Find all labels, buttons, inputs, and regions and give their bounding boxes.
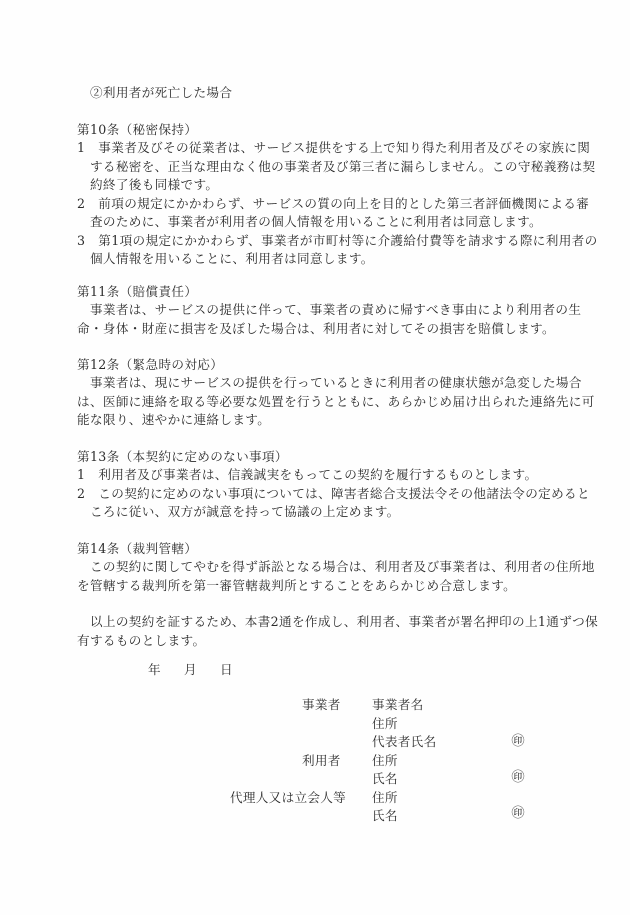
date-month-label: 月	[184, 661, 197, 680]
user-address-label: 住所	[372, 752, 398, 771]
agent-role-label: 代理人又は立会人等	[230, 789, 346, 808]
article-14-line: を管轄する裁判所を第一審管轄裁判所とすることをあらかじめ合意します。	[77, 577, 516, 596]
article-10-heading: 第10条（秘密保持）	[77, 121, 197, 140]
article-12-line: 能な限り、速やかに連絡します。	[77, 411, 270, 430]
business-role-label: 事業者	[302, 696, 341, 715]
user-name-label: 氏名	[372, 770, 398, 789]
article-10-line: 2 前項の規定にかかわらず、サービスの質の向上を目的とした第三者評価機関による審	[77, 195, 589, 214]
article-13-heading: 第13条（本契約に定めのない事項）	[77, 448, 288, 467]
article-10-line: 1 事業者及びその従業者は、サービス提供をする上で知り得た利用者及びその家族に関	[77, 139, 590, 158]
article-14-heading: 第14条（裁判管轄）	[77, 540, 197, 559]
article-10-line: 3 第1項の規定にかかわらず、事業者が市町村等に介護給付費等を請求する際に利用者…	[77, 232, 598, 251]
article-13-line: 1 利用者及び事業者は、信義誠実をもってこの契約を履行するものとします。	[77, 466, 537, 485]
article-11-heading: 第11条（賠償責任）	[77, 283, 197, 302]
article-10-line: 個人情報を用いることに、利用者は同意します。	[77, 250, 374, 269]
intro-item: ②利用者が死亡した場合	[77, 84, 232, 103]
closing-line: 以上の契約を証するため、本書2通を作成し、利用者、事業者が署名押印の上1通ずつ保	[77, 613, 598, 632]
seal-icon: ㊞	[511, 735, 525, 749]
business-representative-label: 代表者氏名	[372, 733, 436, 752]
article-12-line: は、医師に連絡を取る等必要な処置を行うとともに、あらかじめ届け出られた連絡先に可	[77, 393, 595, 412]
agent-address-label: 住所	[372, 789, 398, 808]
article-13-line: ころに従い、双方が誠意を持って協議の上定めます。	[77, 503, 400, 522]
article-11-line: 命・身体・財産に損害を及ぼした場合は、利用者に対してその損害を賠償します。	[77, 320, 555, 339]
article-12-line: 事業者は、現にサービスの提供を行っているときに利用者の健康状態が急変した場合	[77, 374, 582, 393]
contract-page: ②利用者が死亡した場合 第10条（秘密保持） 1 事業者及びその従業者は、サービ…	[0, 0, 630, 915]
article-10-line: 約終了後も同様です。	[77, 176, 218, 195]
user-role-label: 利用者	[302, 752, 341, 771]
seal-icon: ㊞	[511, 807, 525, 821]
article-11-line: 事業者は、サービスの提供に伴って、事業者の責めに帰すべき事由により利用者の生	[77, 301, 581, 320]
business-name-label: 事業者名	[372, 696, 424, 715]
agent-name-label: 氏名	[372, 807, 398, 826]
date-day-label: 日	[220, 661, 233, 680]
business-address-label: 住所	[372, 715, 398, 734]
date-year-label: 年	[148, 661, 161, 680]
article-12-heading: 第12条（緊急時の対応）	[77, 356, 223, 375]
closing-line: 有するものとします。	[77, 632, 205, 651]
article-14-line: この契約に関してやむを得ず訴訟となる場合は、利用者及び事業者は、利用者の住所地	[77, 558, 595, 577]
article-13-line: 2 この契約に定めのない事項については、障害者総合支援法令その他諸法令の定めると	[77, 485, 590, 504]
seal-icon: ㊞	[511, 771, 525, 785]
article-10-line: 査のために、事業者が利用者の個人情報を用いることに利用者は同意します。	[77, 213, 542, 232]
article-10-line: する秘密を、正当な理由なく他の事業者及び第三者に漏らしません。この守秘義務は契	[77, 158, 596, 177]
